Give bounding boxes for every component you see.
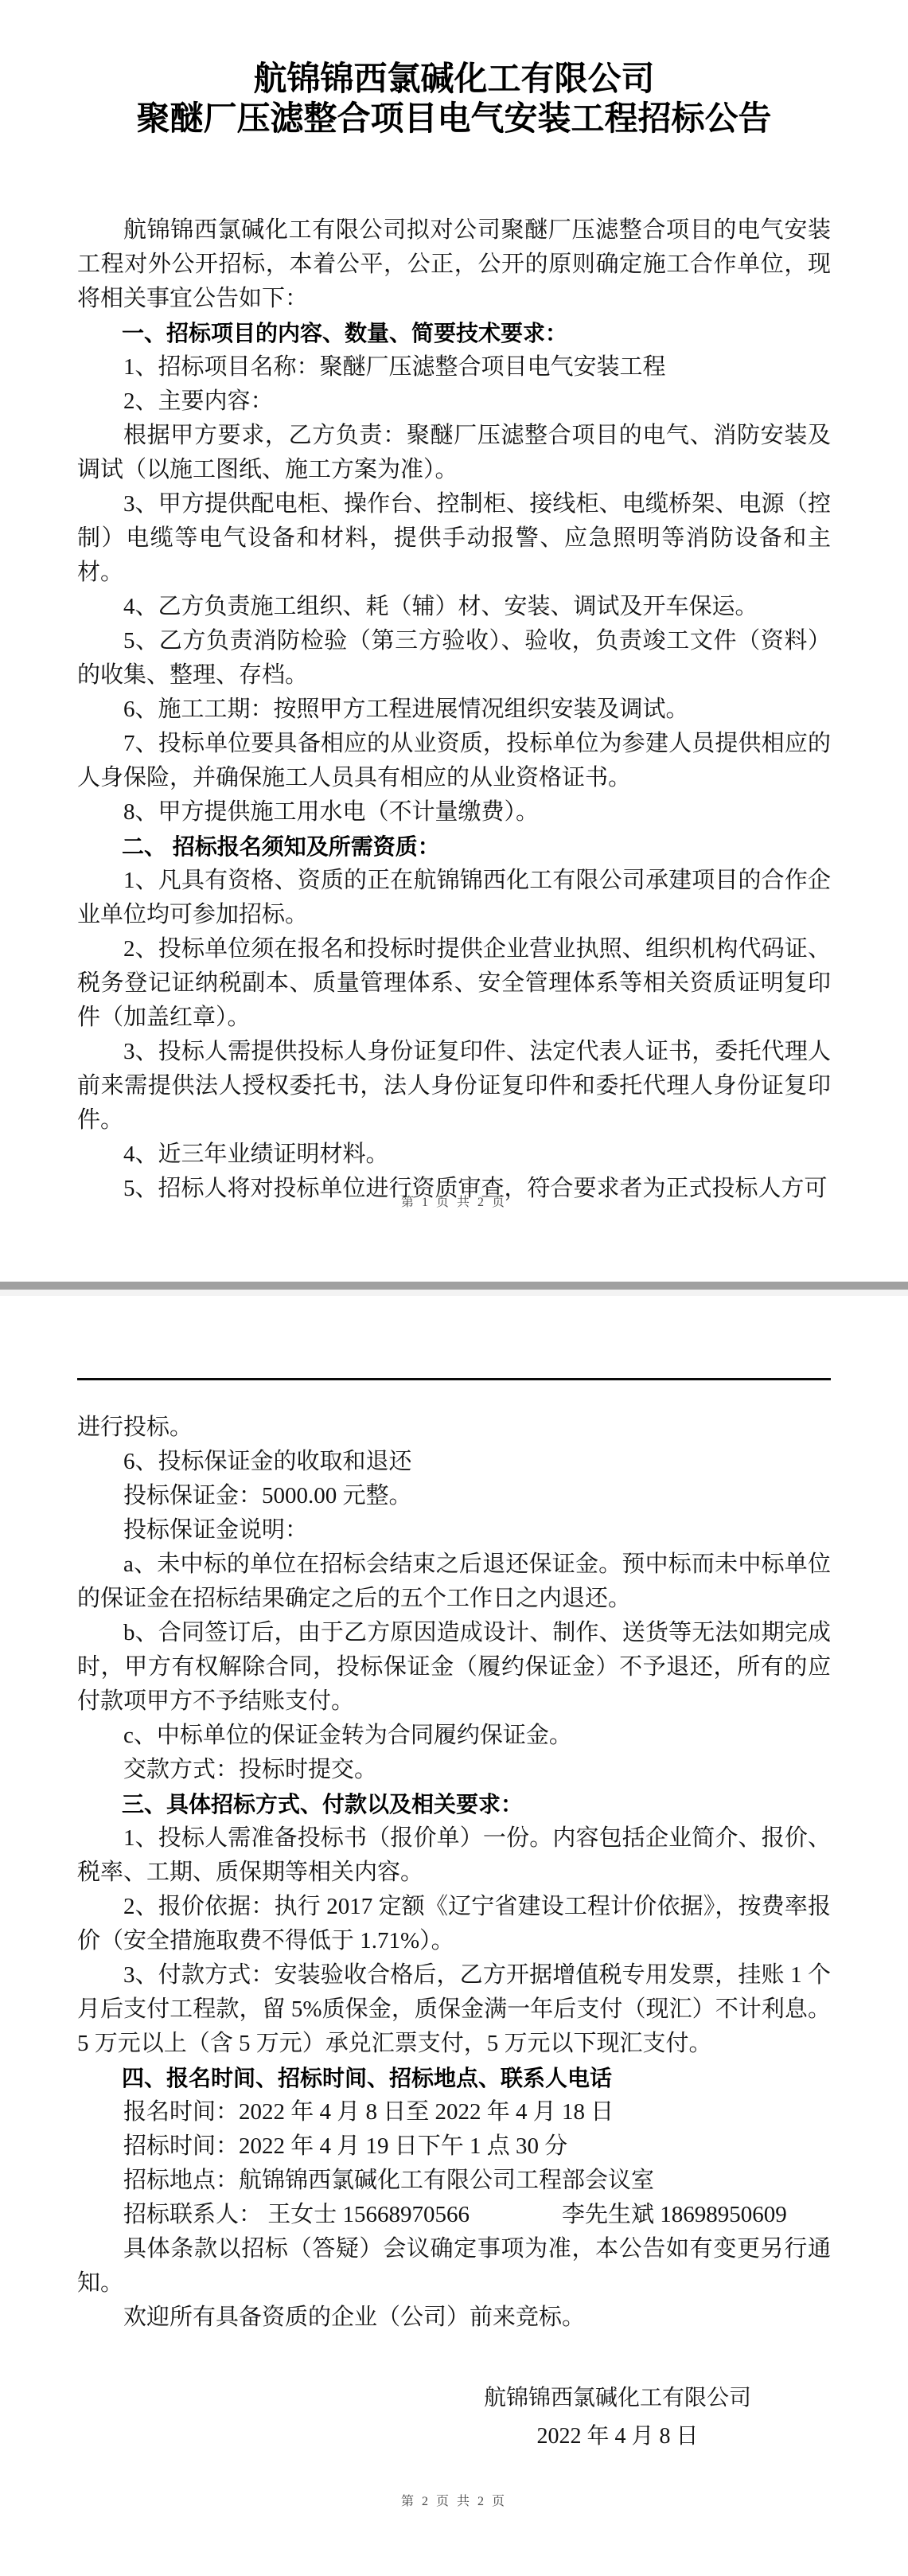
paragraph: 具体条款以招标（答疑）会议确定事项为准，本公告如有变更另行通知。 — [77, 2232, 831, 2301]
section-heading-2: 二、 招标报名须知及所需资质： — [77, 829, 831, 864]
page-number-footer-1: 第 1 页 共 2 页 — [0, 1192, 908, 1210]
signature-date: 2022 年 4 月 8 日 — [484, 2418, 751, 2456]
continuation-paragraph: 进行投标。 — [77, 1411, 831, 1445]
paragraph: 4、近三年业绩证明材料。 — [77, 1138, 831, 1172]
page-2-header-rule — [77, 1378, 831, 1380]
signup-time-line: 报名时间：2022 年 4 月 8 日至 2022 年 4 月 18 日 — [77, 2095, 831, 2129]
paragraph: 4、乙方负责施工组织、耗（辅）材、安装、调试及开车保运。 — [77, 590, 831, 624]
document-title: 航锦锦西氯碱化工有限公司 聚醚厂压滤整合项目电气安装工程招标公告 — [77, 59, 831, 139]
paragraph: 3、付款方式：安装验收合格后，乙方开据增值税专用发票，挂账 1 个月后支付工程款… — [77, 1958, 831, 2061]
document-title-line-2: 聚醚厂压滤整合项目电气安装工程招标公告 — [77, 99, 831, 139]
section-heading-3: 三、具体招标方式、付款以及相关要求： — [77, 1787, 831, 1821]
paragraph: 2、主要内容： — [77, 384, 831, 419]
section-heading-4: 四、报名时间、招标时间、招标地点、联系人电话 — [77, 2061, 831, 2095]
paragraph: 1、凡具有资格、资质的正在航锦锦西化工有限公司承建项目的合作企业单位均可参加招标… — [77, 864, 831, 932]
document-page-1: 航锦锦西氯碱化工有限公司 聚醚厂压滤整合项目电气安装工程招标公告 航锦锦西氯碱化… — [0, 0, 908, 1278]
page-separator — [0, 1282, 908, 1296]
paragraph: 投标保证金说明： — [77, 1513, 831, 1548]
page-1-body: 航锦锦西氯碱化工有限公司拟对公司聚醚厂压滤整合项目的电气安装工程对外公开招标，本… — [77, 213, 831, 1206]
paragraph: c、中标单位的保证金转为合同履约保证金。 — [77, 1719, 831, 1753]
intro-paragraph: 航锦锦西氯碱化工有限公司拟对公司聚醚厂压滤整合项目的电气安装工程对外公开招标，本… — [77, 213, 831, 316]
paragraph: 6、施工工期：按照甲方工程进展情况组织安装及调试。 — [77, 693, 831, 727]
paragraph: 3、投标人需提供投标人身份证复印件、法定代表人证书，委托代理人前来需提供法人授权… — [77, 1035, 831, 1138]
paragraph: 1、招标项目名称：聚醚厂压滤整合项目电气安装工程 — [77, 350, 831, 384]
paragraph: a、未中标的单位在招标会结束之后退还保证金。预中标而未中标单位的保证金在招标结果… — [77, 1548, 831, 1616]
document-title-line-1: 航锦锦西氯碱化工有限公司 — [77, 59, 831, 99]
paragraph: 2、投标单位须在报名和投标时提供企业营业执照、组织机构代码证、税务登记证纳税副本… — [77, 932, 831, 1035]
paragraph: b、合同签订后，由于乙方原因造成设计、制作、送货等无法如期完成时，甲方有权解除合… — [77, 1616, 831, 1719]
paragraph: 3、甲方提供配电柜、操作台、控制柜、接线柜、电缆桥架、电源（控制）电缆等电气设备… — [77, 487, 831, 590]
paragraph: 交款方式：投标时提交。 — [77, 1753, 831, 1787]
paragraph: 2、报价依据：执行 2017 定额《辽宁省建设工程计价依据》，按费率报价（安全措… — [77, 1890, 831, 1958]
paragraph: 8、甲方提供施工用水电（不计量缴费）。 — [77, 795, 831, 829]
page-separator-bar — [0, 1282, 908, 1290]
contacts-line: 招标联系人： 王女士 15668970566 李先生斌 18698950609 — [77, 2198, 831, 2232]
signature-block: 航锦锦西氯碱化工有限公司 2022 年 4 月 8 日 — [484, 2379, 751, 2456]
document-page-2: 进行投标。 6、投标保证金的收取和退还 投标保证金：5000.00 元整。 投标… — [0, 1296, 908, 2576]
page-2-body: 进行投标。 6、投标保证金的收取和退还 投标保证金：5000.00 元整。 投标… — [77, 1411, 831, 2335]
paragraph: 根据甲方要求，乙方负责：聚醚厂压滤整合项目的电气、消防安装及调试（以施工图纸、施… — [77, 419, 831, 487]
paragraph: 5、乙方负责消防检验（第三方验收）、验收，负责竣工文件（资料）的收集、整理、存档… — [77, 624, 831, 693]
section-heading-1: 一、招标项目的内容、数量、简要技术要求： — [77, 316, 831, 350]
closing-paragraph: 欢迎所有具备资质的企业（公司）前来竞标。 — [77, 2301, 831, 2335]
paragraph: 6、投标保证金的收取和退还 — [77, 1445, 831, 1479]
bid-time-line: 招标时间：2022 年 4 月 19 日下午 1 点 30 分 — [77, 2129, 831, 2164]
page-number-footer-2: 第 2 页 共 2 页 — [0, 2491, 908, 2509]
bid-location-line: 招标地点：航锦锦西氯碱化工有限公司工程部会议室 — [77, 2164, 831, 2198]
signature-company: 航锦锦西氯碱化工有限公司 — [484, 2379, 751, 2418]
paragraph: 1、投标人需准备投标书（报价单）一份。内容包括企业简介、报价、税率、工期、质保期… — [77, 1821, 831, 1890]
paragraph: 7、投标单位要具备相应的从业资质，投标单位为参建人员提供相应的人身保险，并确保施… — [77, 727, 831, 795]
paragraph: 投标保证金：5000.00 元整。 — [77, 1479, 831, 1513]
